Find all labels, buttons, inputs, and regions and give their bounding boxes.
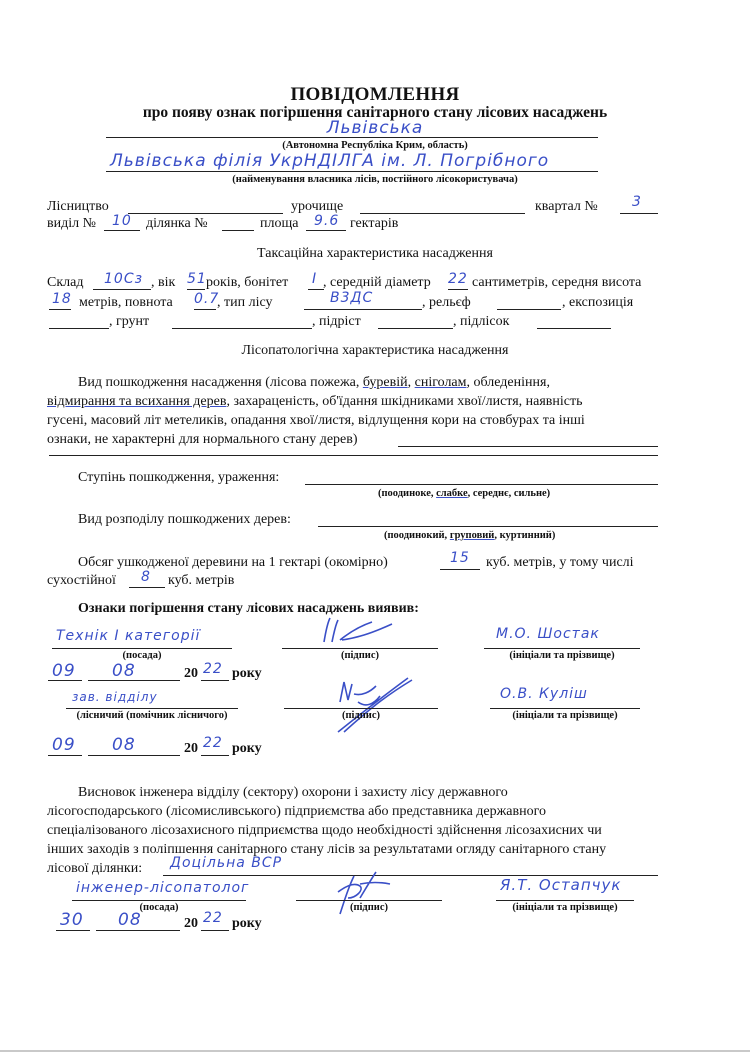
area-unit: гектарів [350,216,398,232]
conclusion-position-value: інженер-лісопатолог [76,880,249,896]
damage-option-icing: , обледеніння, [467,375,550,390]
composition-value: 10Сз [104,271,143,287]
conclusion-signature-line [296,900,442,901]
degree-field[interactable] [305,484,658,485]
damage-text-2: , захараценість, об'їдання шкідниками хв… [226,394,582,409]
damage-option-windfall: буревій [363,375,408,390]
person1-signature-line [282,648,438,649]
forestry-field[interactable] [128,213,283,214]
damage-field-2[interactable] [49,455,658,456]
degree-selected: слабке [436,488,468,499]
person2-month-line [88,755,180,756]
person1-month-line [88,680,180,681]
person2-position-line [66,708,238,709]
person1-date-day: 09 [52,661,76,681]
person1-position-value: Технік І категорії [56,628,200,644]
person1-date-suffix: року [232,666,262,682]
volume-text-1: Обсяг ушкодженої деревини на 1 гектарі (… [78,555,388,571]
person1-signature-caption: (підпис) [282,650,438,661]
damage-option-snowbreak: сніголам [415,375,467,390]
distribution-options: (поодинокий, груповий, куртинний) [384,530,555,541]
height-value: 18 [52,291,72,307]
person2-day-line [48,755,82,756]
person1-position-line [52,648,232,649]
underbrush-field[interactable] [537,328,611,329]
owner-line [106,171,598,172]
height-line [49,309,71,310]
person2-name-line [490,708,640,709]
taxation-heading: Таксаційна характеристика насадження [0,246,750,262]
soil-label: , грунт [109,314,149,330]
deadwood-label: сухостійної [47,573,116,589]
conclusion-position-line [72,900,246,901]
undergrowth-field[interactable] [378,328,453,329]
conclusion-plot-label: лісової ділянки: [47,861,142,877]
conclusion-text-3: спеціалізованого лісозахисного підприємс… [47,823,602,839]
age-label: , вік [151,275,175,291]
underbrush-label: , підлісок [453,314,509,330]
conclusion-plot-value: Доцільна ВСР [170,855,282,871]
exposure-field[interactable] [49,328,109,329]
region-value: Львівська [0,118,750,138]
conclusion-date-year: 22 [203,910,223,926]
age-line [187,289,205,290]
composition-line [93,289,151,290]
soil-field[interactable] [172,328,312,329]
degree-label: Ступінь пошкодження, ураження: [78,470,279,486]
owner-value: Львівська філія УкрНДІЛГА ім. Л. Погрібн… [110,151,549,171]
conclusion-year-prefix: 20 [184,916,198,932]
tract-field[interactable] [360,213,525,214]
forestry-label: Лісництво [47,199,109,215]
quarter-label: квартал № [535,199,598,215]
region-line [106,137,598,138]
diameter-label: , середній діаметр [323,275,431,291]
section-value: 10 [112,213,132,229]
person2-date-year: 22 [203,735,223,751]
composition-label: Склад [47,275,83,291]
section-line [104,230,140,231]
conclusion-text-2: лісогосподарського (лісомисливського) пі… [47,804,546,820]
volume-text-2: куб. метрів, у тому числі [486,555,634,571]
height-unit: метрів, повнота [79,295,173,311]
diameter-unit: сантиметрів, середня висота [472,275,641,291]
damage-line-2: відмирання та всихання дерев, захарацені… [47,394,583,410]
undergrowth-label: , підріст [312,314,361,330]
conclusion-text-4: інших заходів з поліпшення санітарного с… [47,842,606,858]
conclusion-date-month: 08 [118,910,142,930]
person2-signature [318,672,418,736]
person2-name-caption: (ініціали та прізвище) [490,710,640,721]
exposure-label: , експозиція [562,295,633,311]
bonitet-line [308,289,324,290]
forest-type-value: В3ДС [330,290,373,306]
damage-field-1[interactable] [398,446,658,447]
person1-name-value: М.О. Шостак [496,626,600,642]
conclusion-year-line [201,930,229,931]
area-line [306,230,346,231]
person2-year-line [201,755,229,756]
area-value: 9.6 [314,213,339,229]
person1-name-line [484,648,640,649]
person1-year-prefix: 20 [184,666,198,682]
conclusion-signature-caption: (підпис) [296,902,442,913]
conclusion-date-day: 30 [60,910,84,930]
conclusion-day-line [56,930,90,931]
damage-text-4: ознаки, не характерні для нормального ст… [47,432,358,448]
plot-label: ділянка № [146,216,208,232]
degree-options: (поодиноке, слабке, середнє, сильне) [378,488,550,499]
person1-position-caption: (посада) [52,650,232,661]
age-value: 51 [187,271,207,287]
volume-line [440,569,480,570]
person1-year-line [201,680,229,681]
section-label: виділ № [47,216,96,232]
volume-value: 15 [450,550,470,566]
deadwood-unit: куб. метрів [168,573,234,589]
bonitet-value: І [312,271,317,287]
person2-signature-line [284,708,438,709]
region-caption: (Автономна Республіка Крим, область) [0,140,750,151]
quarter-line [620,213,658,214]
notification-form: ПОВІДОМЛЕННЯ про появу ознак погіршення … [0,0,750,1052]
relief-label: , рельєф [422,295,471,311]
person1-date-month: 08 [112,661,136,681]
conclusion-name-value: Я.Т. Остапчук [500,876,621,894]
conclusion-date-suffix: року [232,916,262,932]
damage-text-3: гусені, масовий літ метеликів, опадання … [47,413,585,429]
area-label: площа [260,216,298,232]
density-line [194,309,216,310]
damage-text-1: Вид пошкодження насадження (лісова пожеж… [78,375,359,390]
distribution-label: Вид розподілу пошкоджених дерев: [78,512,291,528]
pathology-heading: Лісопатологічна характеристика насадженн… [0,343,750,359]
plot-field[interactable] [222,230,254,231]
person2-position-value: зав. відділу [72,690,158,704]
conclusion-name-caption: (ініціали та прізвище) [496,902,634,913]
person2-name-value: О.В. Куліш [500,686,588,702]
person1-date-year: 22 [203,661,223,677]
person2-date-day: 09 [52,735,76,755]
damage-option-dieback: відмирання та всихання дерев [47,394,226,409]
owner-caption: (найменування власника лісів, постійного… [0,174,750,185]
deadwood-line [129,587,165,588]
person2-date-month: 08 [112,735,136,755]
conclusion-month-line [96,930,180,931]
density-value: 0.7 [194,291,219,307]
person1-name-caption: (ініціали та прізвище) [484,650,640,661]
distribution-field[interactable] [318,526,658,527]
diameter-value: 22 [448,271,468,287]
diameter-line [448,289,468,290]
person2-year-prefix: 20 [184,741,198,757]
age-unit: років, бонітет [206,275,288,291]
person1-signature [310,612,400,648]
forest-type-label: , тип лісу [217,295,273,311]
person2-position-caption: (лісничий (помічник лісничого) [66,710,238,721]
person2-date-suffix: року [232,741,262,757]
forest-type-line [304,309,422,310]
person1-day-line [48,680,82,681]
page-title: ПОВІДОМЛЕННЯ [0,84,750,106]
deadwood-value: 8 [141,569,151,585]
conclusion-text-1: Висновок інженера відділу (сектору) охор… [78,785,508,801]
relief-field[interactable] [497,309,561,310]
damage-line-1: Вид пошкодження насадження (лісова пожеж… [78,375,658,391]
person2-signature-caption: (підпис) [284,710,438,721]
conclusion-name-line [496,900,634,901]
distribution-selected: груповий [450,530,495,541]
quarter-value: 3 [632,194,642,210]
